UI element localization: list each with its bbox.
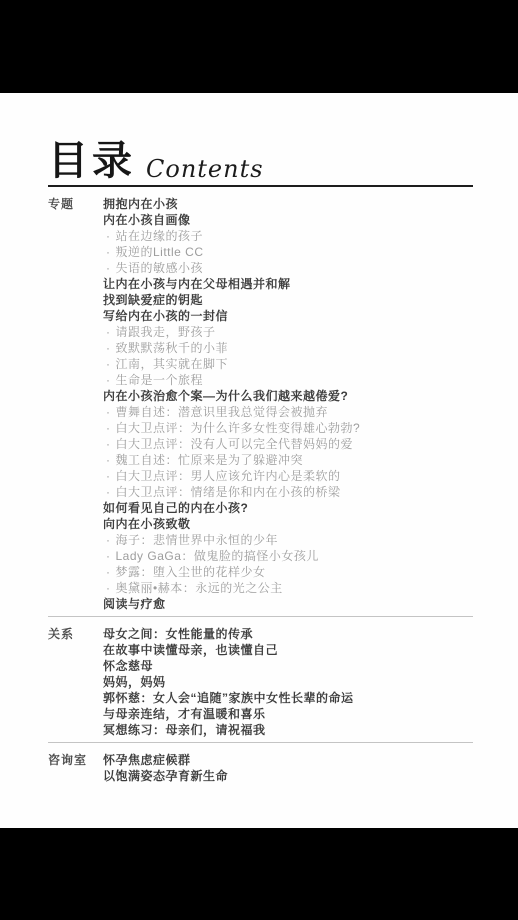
toc-item: ·江南，其实就在脚下	[103, 356, 473, 372]
bullet-icon: ·	[106, 404, 111, 420]
toc-item-text: 白大卫点评：男人应该允许内心是柔软的	[116, 469, 341, 483]
toc-item: 以饱满姿态孕育新生命	[103, 768, 473, 784]
toc-item: 如何看见自己的内在小孩?	[103, 500, 473, 516]
toc-item: ·海子：悲情世界中永恒的少年	[103, 532, 473, 548]
toc-item-text: 阅读与疗愈	[103, 597, 166, 611]
toc-item: 母女之间：女性能量的传承	[103, 626, 473, 642]
toc-item-text: 让内在小孩与内在父母相遇并和解	[103, 277, 291, 291]
page-title: 目录 Contents	[48, 137, 473, 181]
toc-item-text: 海子：悲情世界中永恒的少年	[116, 533, 279, 547]
bullet-icon: ·	[106, 244, 111, 260]
toc-item-text: 写给内在小孩的一封信	[103, 309, 228, 323]
toc-item: 内在小孩治愈个案—为什么我们越来越倦爱?	[103, 388, 473, 404]
bullet-icon: ·	[106, 484, 111, 500]
toc-item: 向内在小孩致敬	[103, 516, 473, 532]
toc-item-text: 冥想练习：母亲们，请祝福我	[103, 723, 266, 737]
toc-item-text: 请跟我走，野孩子	[116, 325, 216, 339]
bullet-icon: ·	[106, 580, 111, 596]
toc-item-text: 白大卫点评：没有人可以完全代替妈妈的爱	[116, 437, 354, 451]
toc-item-text: 内在小孩治愈个案—为什么我们越来越倦爱?	[103, 389, 348, 403]
toc-item: 内在小孩自画像	[103, 212, 473, 228]
toc-item-text: 站在边缘的孩子	[116, 229, 204, 243]
toc-item-text: 曹舞自述：潜意识里我总觉得会被抛弃	[116, 405, 329, 419]
toc-item-text: 如何看见自己的内在小孩?	[103, 501, 248, 515]
toc-item-text: 母女之间：女性能量的传承	[103, 627, 253, 641]
section-items: 怀孕焦虑症候群以饱满姿态孕育新生命	[103, 752, 473, 784]
toc-item: ·魏工自述：忙原来是为了躲避冲突	[103, 452, 473, 468]
toc-item: ·致默默荡秋千的小菲	[103, 340, 473, 356]
toc-item-text: 魏工自述：忙原来是为了躲避冲突	[116, 453, 304, 467]
toc-item-text: 白大卫点评：情绪是你和内在小孩的桥梁	[116, 485, 341, 499]
toc-item-text: 奥黛丽•赫本：永远的光之公主	[116, 581, 283, 595]
bullet-icon: ·	[106, 260, 111, 276]
toc-item: 妈妈，妈妈	[103, 674, 473, 690]
section-label: 专题	[48, 196, 103, 612]
toc-item: ·站在边缘的孩子	[103, 228, 473, 244]
bullet-icon: ·	[106, 420, 111, 436]
toc-item: ·生命是一个旅程	[103, 372, 473, 388]
toc-item: ·Lady GaGa：做鬼脸的搞怪小女孩儿	[103, 548, 473, 564]
toc-section: 专题拥抱内在小孩内在小孩自画像·站在边缘的孩子·叛逆的Little CC·失语的…	[48, 187, 473, 616]
section-items: 母女之间：女性能量的传承在故事中读懂母亲，也读懂自己怀念慈母妈妈，妈妈郭怀慈：女…	[103, 626, 473, 738]
toc-item: ·叛逆的Little CC	[103, 244, 473, 260]
section-label: 咨询室	[48, 752, 103, 784]
bullet-icon: ·	[106, 468, 111, 484]
toc-item: 冥想练习：母亲们，请祝福我	[103, 722, 473, 738]
toc-item-text: 内在小孩自画像	[103, 213, 191, 227]
bullet-icon: ·	[106, 372, 111, 388]
bullet-icon: ·	[106, 356, 111, 372]
toc-item: 怀念慈母	[103, 658, 473, 674]
toc-item-text: 在故事中读懂母亲，也读懂自己	[103, 643, 278, 657]
bullet-icon: ·	[106, 564, 111, 580]
bullet-icon: ·	[106, 340, 111, 356]
toc-section: 咨询室怀孕焦虑症候群以饱满姿态孕育新生命	[48, 742, 473, 788]
toc-item: ·白大卫点评：为什么许多女性变得雄心勃勃?	[103, 420, 473, 436]
toc-item: 阅读与疗愈	[103, 596, 473, 612]
toc-item-text: 江南，其实就在脚下	[116, 357, 229, 371]
toc-item-text: 向内在小孩致敬	[103, 517, 191, 531]
section-label: 关系	[48, 626, 103, 738]
toc-item-text: 拥抱内在小孩	[103, 197, 178, 211]
toc-section: 关系母女之间：女性能量的传承在故事中读懂母亲，也读懂自己怀念慈母妈妈，妈妈郭怀慈…	[48, 616, 473, 742]
bullet-icon: ·	[106, 324, 111, 340]
bullet-icon: ·	[106, 228, 111, 244]
toc-item: ·曹舞自述：潜意识里我总觉得会被抛弃	[103, 404, 473, 420]
toc-item: ·白大卫点评：情绪是你和内在小孩的桥梁	[103, 484, 473, 500]
toc-item-text: 郭怀慈：女人会“追随”家族中女性长辈的命运	[103, 691, 354, 705]
toc-item-text: 梦露：堕入尘世的花样少女	[116, 565, 266, 579]
bullet-icon: ·	[106, 452, 111, 468]
toc-item-text: 与母亲连结，才有温暖和喜乐	[103, 707, 266, 721]
toc-item: ·奥黛丽•赫本：永远的光之公主	[103, 580, 473, 596]
toc-item-text: Lady GaGa：做鬼脸的搞怪小女孩儿	[116, 549, 319, 563]
page-title-english: Contents	[146, 157, 264, 181]
bullet-icon: ·	[106, 548, 111, 564]
toc-item-text: 叛逆的Little CC	[116, 245, 204, 259]
toc-item: 写给内在小孩的一封信	[103, 308, 473, 324]
toc-item: ·失语的敏感小孩	[103, 260, 473, 276]
bullet-icon: ·	[106, 532, 111, 548]
toc-item-text: 失语的敏感小孩	[116, 261, 204, 275]
toc-item: ·请跟我走，野孩子	[103, 324, 473, 340]
section-items: 拥抱内在小孩内在小孩自画像·站在边缘的孩子·叛逆的Little CC·失语的敏感…	[103, 196, 473, 612]
toc-item: 拥抱内在小孩	[103, 196, 473, 212]
toc-item: 郭怀慈：女人会“追随”家族中女性长辈的命运	[103, 690, 473, 706]
toc-item-text: 以饱满姿态孕育新生命	[103, 769, 228, 783]
toc-item: 在故事中读懂母亲，也读懂自己	[103, 642, 473, 658]
page-title-chinese: 目录	[48, 141, 136, 181]
toc-item-text: 妈妈，妈妈	[103, 675, 166, 689]
toc-sections: 专题拥抱内在小孩内在小孩自画像·站在边缘的孩子·叛逆的Little CC·失语的…	[48, 187, 473, 788]
bullet-icon: ·	[106, 436, 111, 452]
toc-item-text: 找到缺爱症的钥匙	[103, 293, 203, 307]
contents-page: 目录 Contents 专题拥抱内在小孩内在小孩自画像·站在边缘的孩子·叛逆的L…	[0, 93, 518, 828]
toc-item: ·白大卫点评：男人应该允许内心是柔软的	[103, 468, 473, 484]
toc-item: 怀孕焦虑症候群	[103, 752, 473, 768]
toc-item-text: 怀念慈母	[103, 659, 153, 673]
toc-item: 找到缺爱症的钥匙	[103, 292, 473, 308]
toc-item: ·梦露：堕入尘世的花样少女	[103, 564, 473, 580]
toc-item-text: 白大卫点评：为什么许多女性变得雄心勃勃?	[116, 421, 361, 435]
toc-item-text: 怀孕焦虑症候群	[103, 753, 191, 767]
toc-item-text: 生命是一个旅程	[116, 373, 204, 387]
toc-item: 与母亲连结，才有温暖和喜乐	[103, 706, 473, 722]
toc-item-text: 致默默荡秋千的小菲	[116, 341, 229, 355]
toc-item: 让内在小孩与内在父母相遇并和解	[103, 276, 473, 292]
toc-item: ·白大卫点评：没有人可以完全代替妈妈的爱	[103, 436, 473, 452]
